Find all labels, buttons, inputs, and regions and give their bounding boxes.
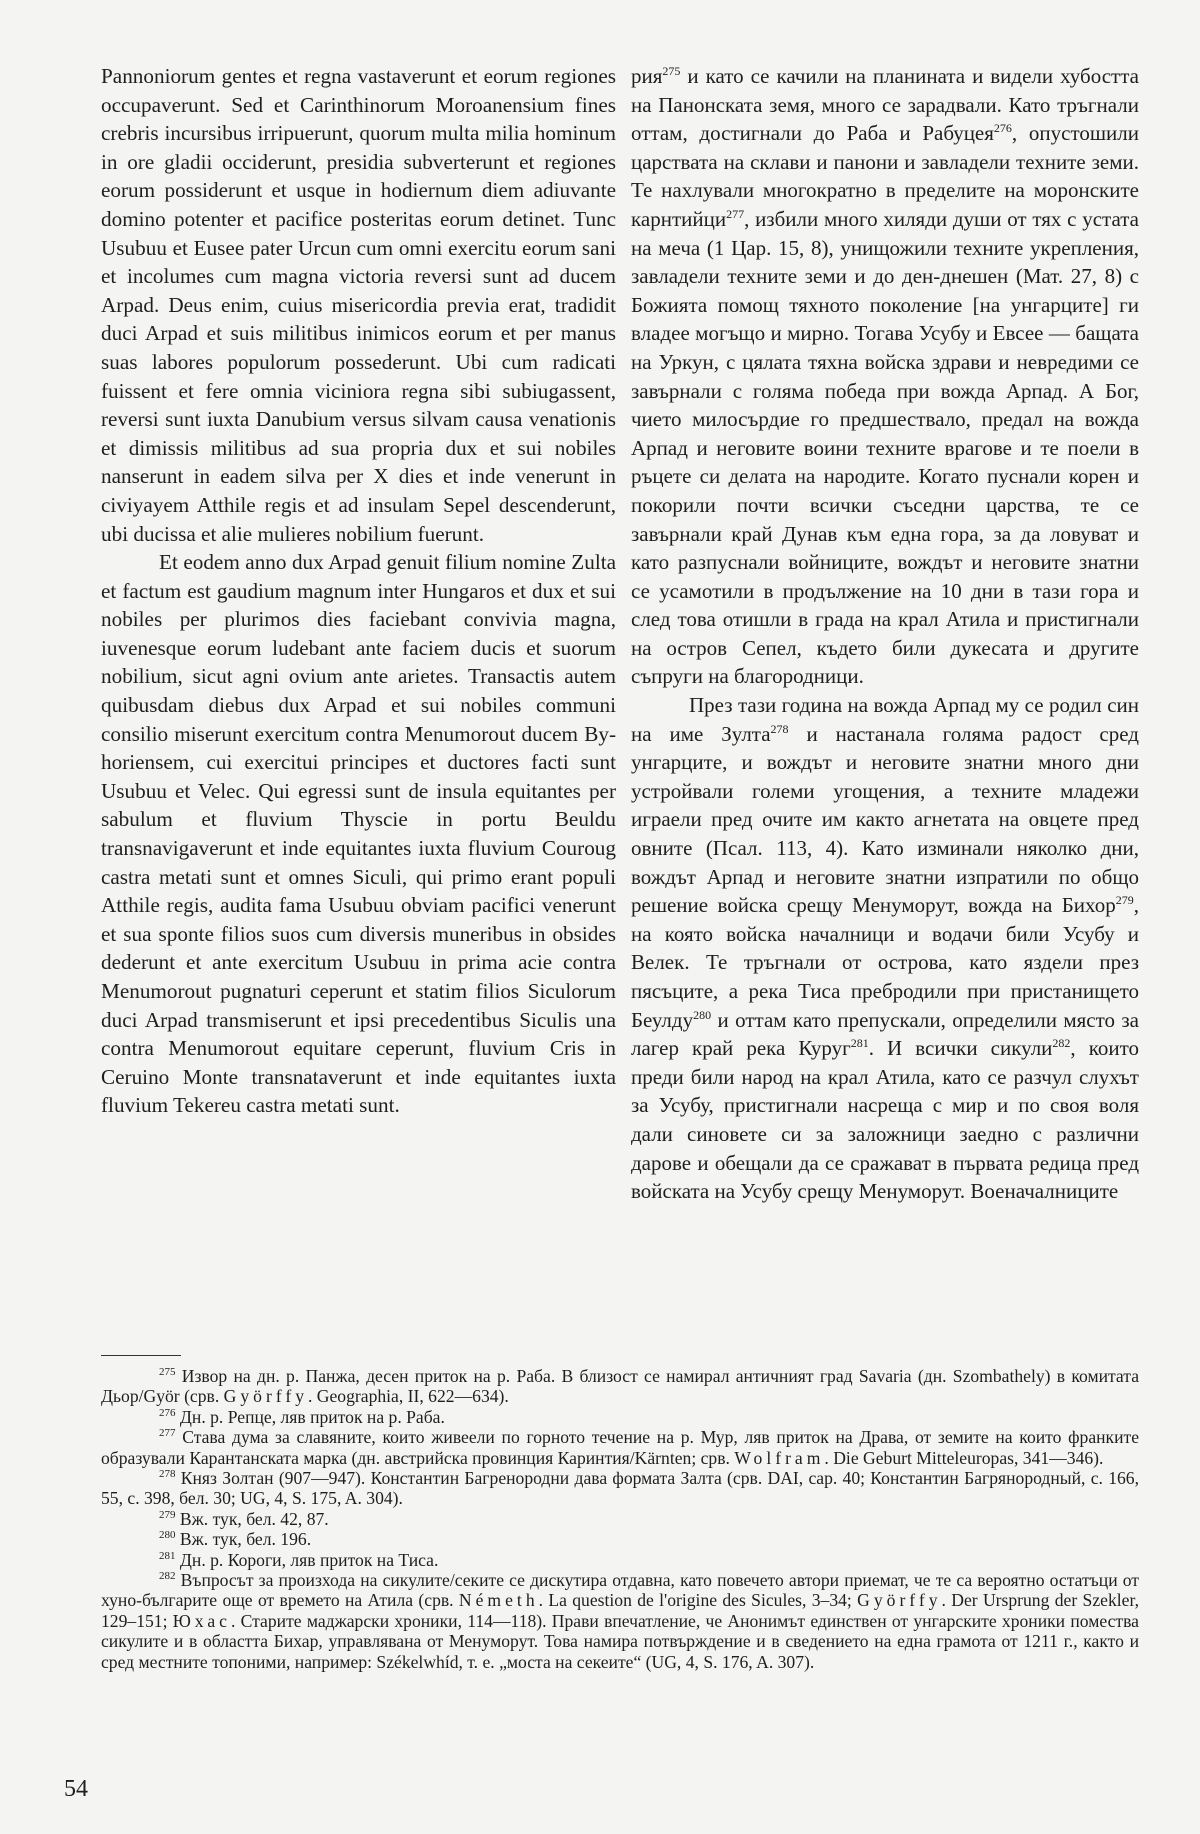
footnote-275: 275 Извор на дн. р. Панжа, десен приток … bbox=[101, 1366, 1139, 1407]
text-run: и настанала голяма радост сред унгарците… bbox=[631, 722, 1139, 918]
footnote-text: . La question de l'origine des Sicules, … bbox=[539, 1590, 858, 1610]
footnote-text: Вж. тук, бел. 42, 87. bbox=[180, 1509, 329, 1529]
footnote-number: 277 bbox=[159, 1427, 176, 1439]
footnote-ref-282[interactable]: 282 bbox=[1052, 1036, 1070, 1050]
footnote-ref-281[interactable]: 281 bbox=[851, 1036, 869, 1050]
footnote-276: 276 Дн. р. Репце, ляв приток на р. Раба. bbox=[101, 1407, 1139, 1427]
page-number: 54 bbox=[64, 1776, 88, 1803]
footnote-text: . Geographia, II, 622—634). bbox=[308, 1386, 509, 1406]
footnote-number: 280 bbox=[159, 1529, 176, 1541]
footnote-ref-280[interactable]: 280 bbox=[693, 1008, 711, 1022]
footnote-number: 279 bbox=[159, 1509, 176, 1521]
book-page: Pannoniorum gentes et regna vastaverunt … bbox=[0, 0, 1200, 1834]
footnote-text: Вж. тук, бел. 196. bbox=[180, 1529, 311, 1549]
footnote-number: 281 bbox=[159, 1550, 176, 1562]
footnote-author: Györffy bbox=[224, 1386, 308, 1406]
bulgarian-paragraph-2: През тази година на вожда Арпад му се ро… bbox=[631, 691, 1139, 1206]
footnote-text: Дн. р. Репце, ляв приток на р. Раба. bbox=[180, 1407, 445, 1427]
footnote-author: Györffy bbox=[857, 1590, 941, 1610]
footnote-author: Юхас bbox=[173, 1611, 231, 1631]
text-run: . И всички сикули bbox=[869, 1036, 1053, 1060]
footnote-281: 281 Дн. р. Короги, ляв приток на Тиса. bbox=[101, 1550, 1139, 1570]
bulgarian-paragraph-1: рия275 и като се качили на планината и в… bbox=[631, 62, 1139, 691]
footnote-number: 278 bbox=[159, 1468, 176, 1480]
latin-text-column: Pannoniorum gentes et regna vastaverunt … bbox=[101, 62, 616, 1120]
text-run: рия bbox=[631, 64, 662, 88]
footnote-text: . Старите маджарски хроники, 114—118). П… bbox=[101, 1611, 1139, 1672]
footnote-ref-279[interactable]: 279 bbox=[1116, 893, 1134, 907]
footnote-278: 278 Княз Золтан (907—947). Константин Ба… bbox=[101, 1468, 1139, 1509]
footnote-text: Княз Золтан (907—947). Константин Багрен… bbox=[101, 1468, 1139, 1508]
footnote-separator bbox=[101, 1355, 181, 1356]
footnote-number: 276 bbox=[159, 1407, 176, 1419]
text-run: , избили много хиляди ду­ши от тях с уст… bbox=[631, 207, 1139, 689]
footnote-282: 282 Въпросът за произхода на сикулите/се… bbox=[101, 1570, 1139, 1672]
footnote-number: 275 bbox=[159, 1366, 176, 1378]
footnote-279: 279 Вж. тук, бел. 42, 87. bbox=[101, 1509, 1139, 1529]
footnote-ref-277[interactable]: 277 bbox=[726, 207, 744, 221]
footnote-ref-276[interactable]: 276 bbox=[994, 121, 1012, 135]
footnote-author: Wolfram bbox=[734, 1448, 824, 1468]
footnote-280: 280 Вж. тук, бел. 196. bbox=[101, 1529, 1139, 1549]
footnote-ref-278[interactable]: 278 bbox=[771, 722, 789, 736]
footnote-text: Дн. р. Короги, ляв приток на Тиса. bbox=[180, 1550, 438, 1570]
footnote-277: 277 Става дума за славяните, които живее… bbox=[101, 1427, 1139, 1468]
latin-paragraph-1: Pannoniorum gentes et regna vastaverunt … bbox=[101, 62, 616, 548]
footnote-author: Németh bbox=[459, 1590, 539, 1610]
text-run: , които преди били народ на крал Атила, … bbox=[631, 1036, 1139, 1203]
footnote-ref-275[interactable]: 275 bbox=[662, 64, 680, 78]
footnote-number: 282 bbox=[159, 1570, 176, 1582]
bulgarian-text-column: рия275 и като се качили на планината и в… bbox=[631, 62, 1139, 1206]
footnote-text: . Die Geburt Mitteleuropas, 341—346). bbox=[824, 1448, 1103, 1468]
footnotes-section: 275 Извор на дн. р. Панжа, десен приток … bbox=[101, 1366, 1139, 1672]
latin-paragraph-2: Et eodem anno dux Arpad genuit filium no… bbox=[101, 548, 616, 1120]
